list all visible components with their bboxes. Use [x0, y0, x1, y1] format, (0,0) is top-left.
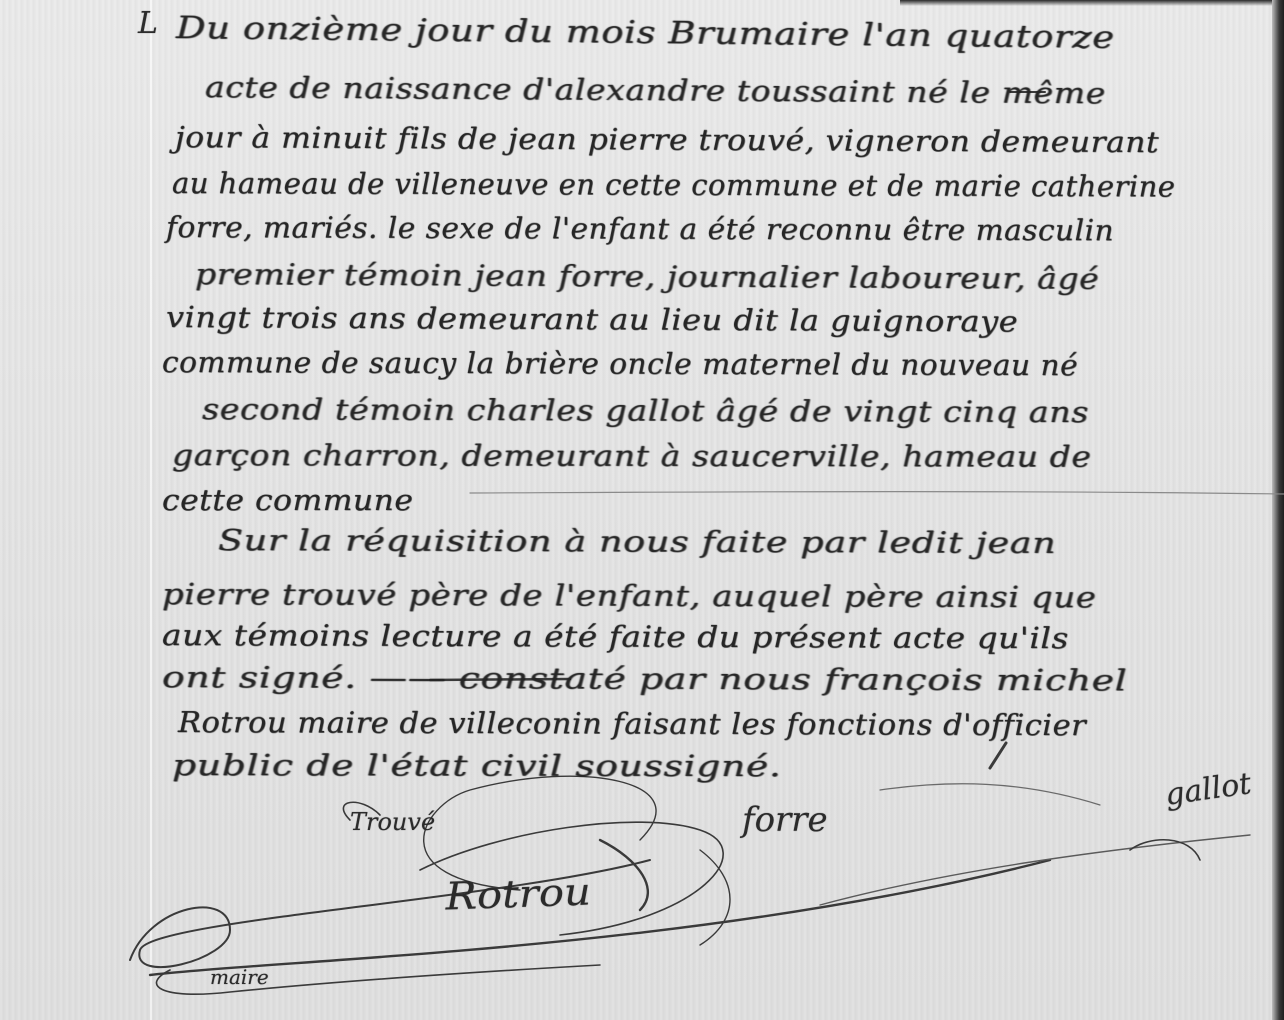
page-top-edge	[900, 0, 1284, 6]
text-line-17: public de l'état civil soussigné.	[172, 748, 782, 783]
text-line-3: jour à minuit fils de jean pierre trouvé…	[175, 120, 1159, 159]
text-line-1: Du onzième jour du mois Brumaire l'an qu…	[176, 10, 1115, 56]
text-line-5: forre, mariés. le sexe de l'enfant a été…	[166, 210, 1114, 247]
text-line-14: aux témoins lecture a été faite du prése…	[162, 618, 1069, 655]
signature-witness-2: gallot	[1163, 766, 1253, 813]
signature-mayor: Rotrou	[445, 869, 592, 918]
signature-father: Trouvé	[350, 808, 435, 836]
text-line-11: cette commune	[162, 483, 413, 517]
signature-mayor-title: maire	[210, 965, 269, 989]
text-line-10: garçon charron, demeurant à saucerville,…	[172, 438, 1092, 474]
margin-mark: L	[138, 6, 158, 41]
signature-witness-1: forre	[742, 800, 828, 840]
text-line-4: au hameau de villeneuve en cette commune…	[172, 166, 1176, 204]
text-line-7: vingt trois ans demeurant au lieu dit la…	[166, 300, 1018, 338]
document-page: L Du onzième jour du mois Brumaire l'an …	[0, 0, 1284, 1020]
text-line-8: commune de saucy la brière oncle materne…	[162, 345, 1078, 382]
margin-line	[150, 0, 152, 1020]
text-line-13: pierre trouvé père de l'enfant, auquel p…	[162, 577, 1097, 614]
text-line-9: second témoin charles gallot âgé de ving…	[202, 392, 1089, 429]
text-line-2: acte de naissance d'alexandre toussaint …	[205, 70, 1106, 110]
text-line-15: ont signé. —— constaté par nous françois…	[162, 660, 1127, 697]
page-right-edge	[1272, 0, 1284, 1020]
text-line-6: premier témoin jean forre, journalier la…	[195, 257, 1099, 296]
text-line-16: Rotrou maire de villeconin faisant les f…	[178, 705, 1086, 742]
text-line-12: Sur la réquisition à nous faite par ledi…	[218, 523, 1056, 560]
